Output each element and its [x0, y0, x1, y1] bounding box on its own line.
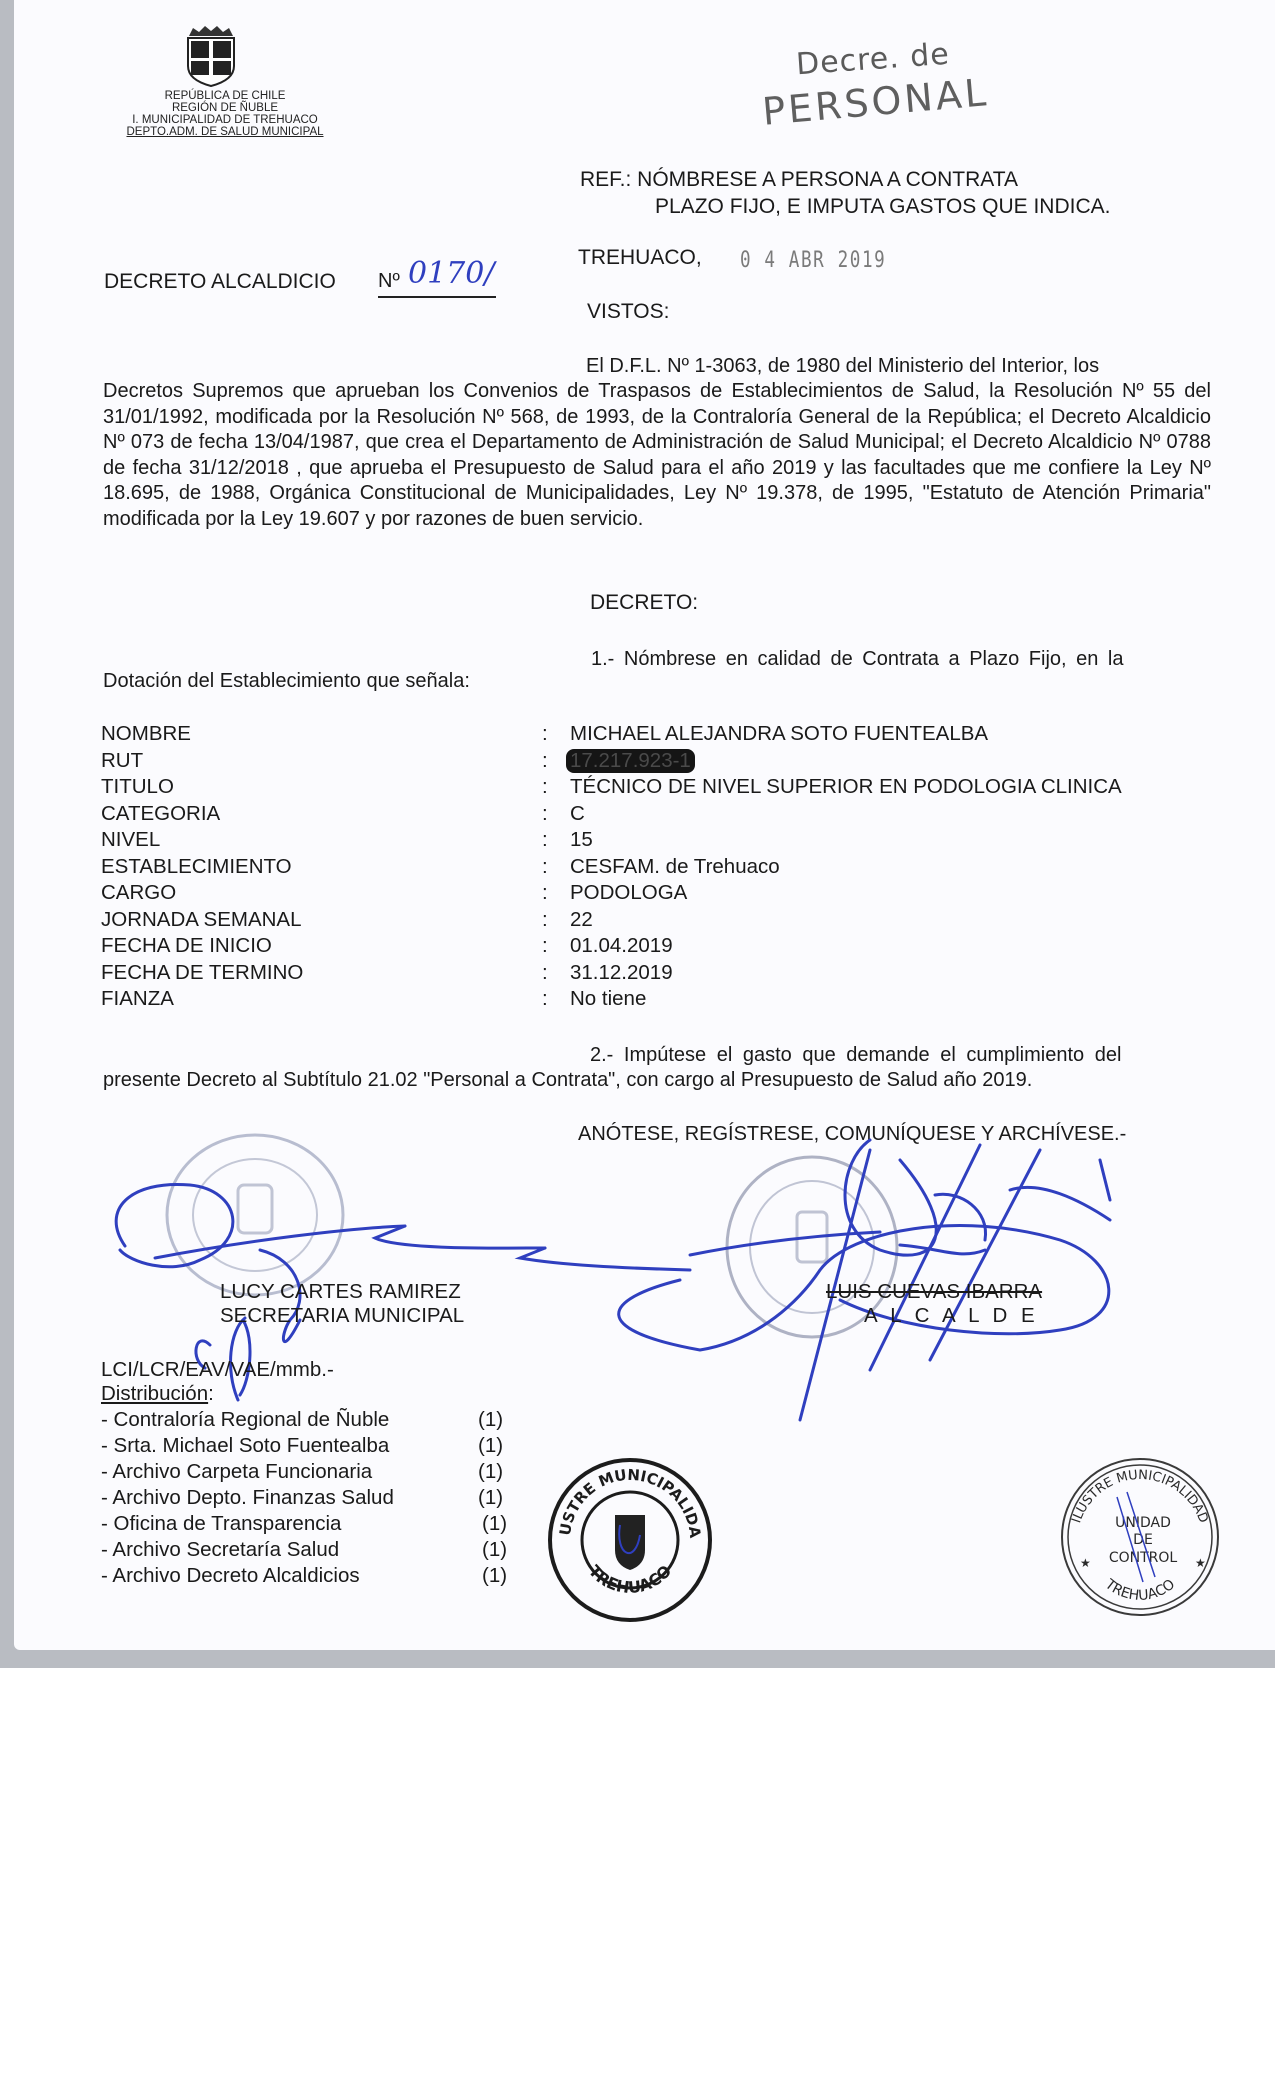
- distribution-copies: (1): [482, 1511, 507, 1537]
- distribution-item: - Oficina de Transparencia: [101, 1511, 341, 1537]
- distribution-copies: (1): [478, 1433, 503, 1459]
- svg-text:★: ★: [1080, 1556, 1091, 1570]
- secretary-name: LUCY CARTES RAMIREZ: [220, 1280, 461, 1304]
- distribution-copies: (1): [478, 1485, 503, 1511]
- distribution-item: - Archivo Secretaría Salud: [101, 1537, 339, 1563]
- distribution-item: - Archivo Carpeta Funcionaria: [101, 1459, 372, 1485]
- distribution-copies: (1): [482, 1537, 507, 1563]
- secretary-title: SECRETARIA MUNICIPAL: [220, 1304, 464, 1328]
- svg-text:★: ★: [1195, 1556, 1206, 1570]
- control-unit-seal-icon: ILUSTRE MUNICIPALIDAD TREHUACO UNIDAD DE…: [1055, 1452, 1225, 1622]
- mayor-name: LUIS CUEVAS IBARRA: [826, 1280, 1042, 1304]
- heading-colon: :: [208, 1382, 214, 1405]
- distribution-item: - Archivo Decreto Alcaldicios: [101, 1563, 360, 1589]
- distribution-item: - Contraloría Regional de Ñuble: [101, 1407, 389, 1433]
- svg-text:TREHUACO: TREHUACO: [1101, 1576, 1178, 1604]
- distribution-copies: (1): [478, 1459, 503, 1485]
- distribution-heading: Distribución: [101, 1382, 208, 1405]
- initials-line: LCI/LCR/EAV/VAE/mmb.-: [101, 1357, 334, 1383]
- distribution-copies: (1): [482, 1563, 507, 1589]
- distribution-item: - Srta. Michael Soto Fuentealba: [101, 1433, 389, 1459]
- mayor-title: A L C A L D E: [864, 1304, 1039, 1328]
- municipal-seal-icon: ILUSTRE MUNICIPALIDAD TREHUACO: [545, 1455, 715, 1625]
- distribution-copies: (1): [478, 1407, 503, 1433]
- distribution-item: - Archivo Depto. Finanzas Salud: [101, 1485, 394, 1511]
- svg-text:CONTROL: CONTROL: [1109, 1550, 1178, 1566]
